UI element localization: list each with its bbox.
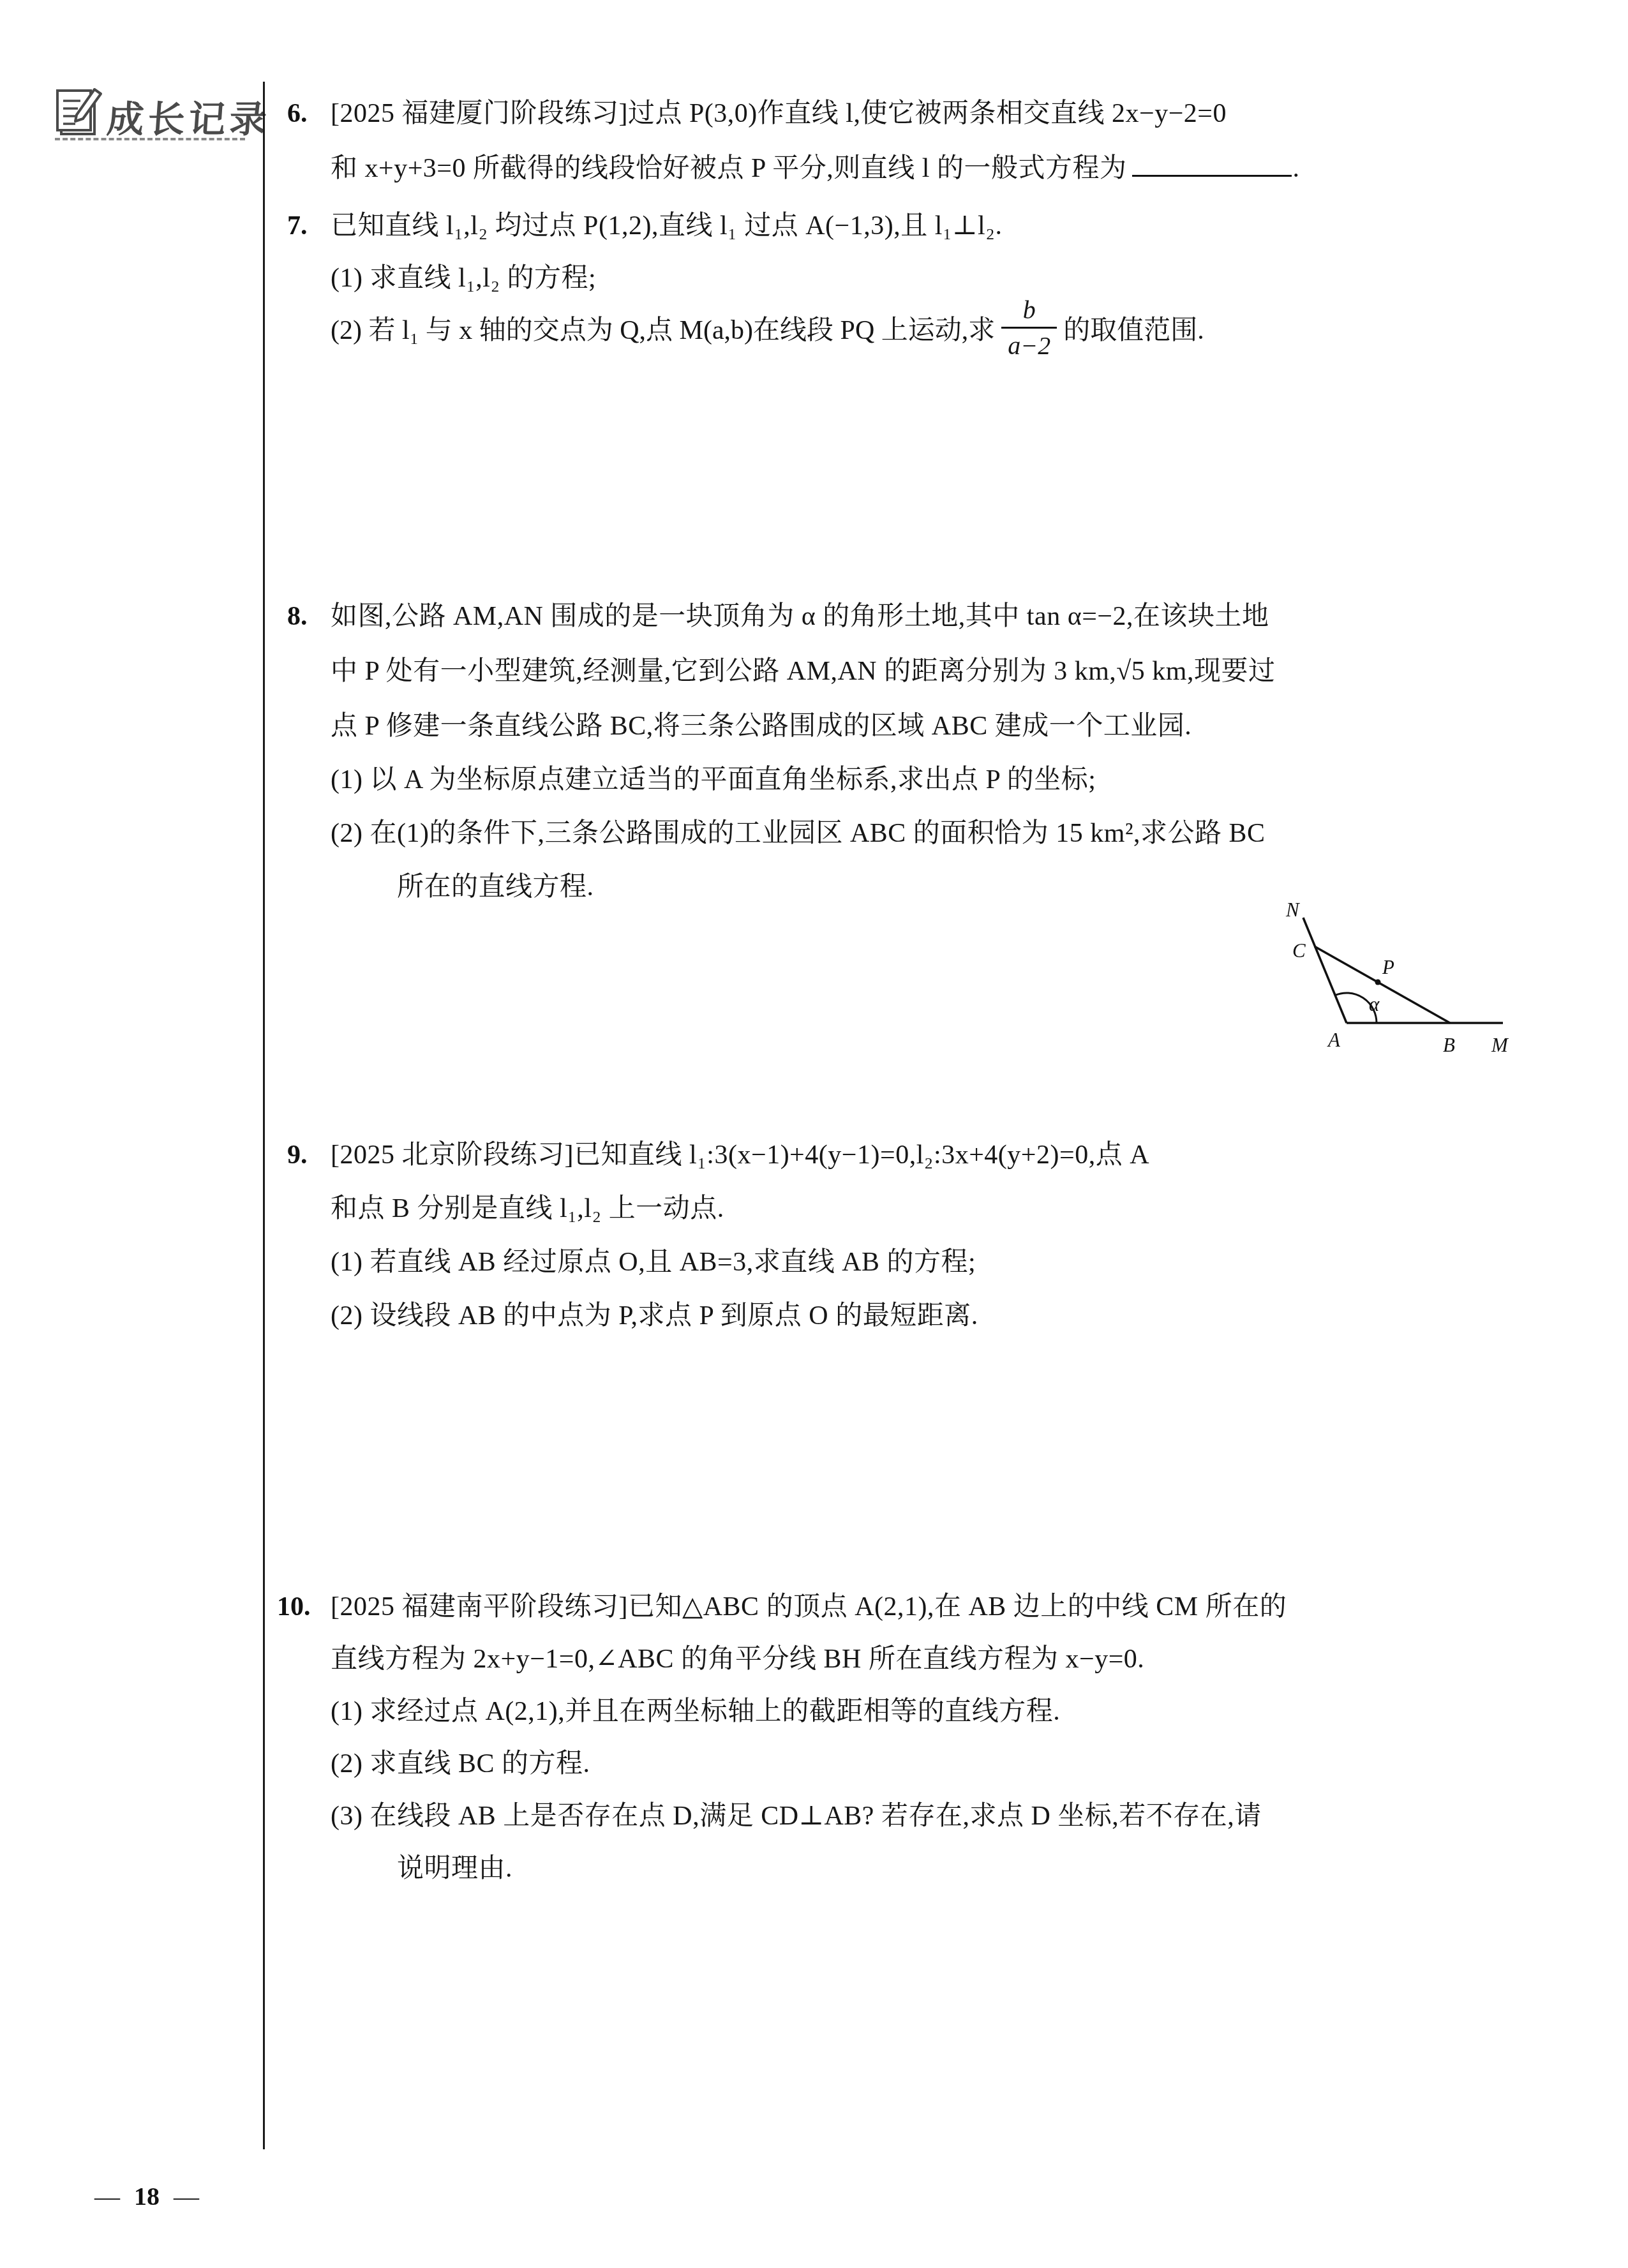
problem-9-number: 9. (287, 1137, 308, 1173)
problem-10-line-2: 直线方程为 2x+y−1=0,∠ABC 的角平分线 BH 所在直线方程为 x−y… (331, 1641, 1144, 1677)
label-A: A (1327, 1029, 1341, 1051)
footer-right-dash: — (174, 2182, 199, 2211)
answer-blank (1132, 170, 1292, 177)
problem-9-question-2: (2) 设线段 AB 的中点为 P,求点 P 到原点 O 的最短距离. (331, 1298, 978, 1334)
problem-10-question-2: (2) 求直线 BC 的方程. (331, 1746, 590, 1782)
label-P: P (1382, 956, 1394, 978)
notebook-pencil-icon (55, 86, 105, 142)
margin-divider-line (263, 82, 265, 2149)
problem-7-line-1: 已知直线 l₁,l₂ 均过点 P(1,2),直线 l₁ 过点 A(−1,3),且… (331, 208, 1002, 244)
problem-7-question-2-pre: (2) 若 l₁ 与 x 轴的交点为 Q,点 M(a,b)在线段 PQ 上运动,… (331, 309, 995, 347)
problem-6-line-2-text: 和 x+y+3=0 所截得的线段恰好被点 P 平分,则直线 l 的一般式方程为 (331, 154, 1127, 183)
problem-6-line-2-period: . (1293, 154, 1300, 183)
problem-8-number: 8. (287, 599, 308, 634)
problem-7-number: 7. (287, 208, 308, 244)
problem-6-line-1: [2025 福建厦门阶段练习]过点 P(3,0)作直线 l,使它被两条相交直线 … (331, 96, 1227, 131)
problem-10-question-3-line-1: (3) 在线段 AB 上是否存在点 D,满足 CD⊥AB? 若存在,求点 D 坐… (331, 1798, 1262, 1834)
problem-8-line-2: 中 P 处有一小型建筑,经测量,它到公路 AM,AN 的距离分别为 3 km,√… (331, 653, 1276, 689)
logo-title: 成长记录 (105, 89, 273, 143)
problem-8-line-1: 如图,公路 AM,AN 围成的是一块顶角为 α 的角形土地,其中 tan α=−… (331, 599, 1269, 634)
problem-9-line-1: [2025 北京阶段练习]已知直线 l₁:3(x−1)+4(y−1)=0,l₂:… (331, 1137, 1149, 1173)
problem-8-line-3: 点 P 修建一条直线公路 BC,将三条公路围成的区域 ABC 建成一个工业园. (331, 708, 1191, 744)
fraction-b-over-a-minus-2: b a−2 (1001, 295, 1057, 361)
problem-7-question-2-post: 的取值范围. (1063, 309, 1204, 347)
problem-10-number: 10. (277, 1589, 311, 1625)
footer-left-dash: — (94, 2182, 120, 2211)
page-number: 18 (134, 2182, 160, 2211)
label-N: N (1285, 899, 1301, 921)
problem-6-number: 6. (287, 96, 308, 131)
problem-7-question-2: (2) 若 l₁ 与 x 轴的交点为 Q,点 M(a,b)在线段 PQ 上运动,… (331, 288, 1204, 368)
logo-dashed-underline (55, 138, 245, 140)
problem-9-line-2: 和点 B 分别是直线 l₁,l₂ 上一动点. (331, 1191, 724, 1227)
problem-8-diagram: N C P α A B M (1267, 899, 1522, 1061)
point-P-dot (1375, 980, 1381, 985)
label-C: C (1292, 939, 1306, 962)
growth-record-logo: 成长记录 (55, 86, 246, 140)
page-footer: —18— (94, 2181, 199, 2211)
label-alpha: α (1369, 993, 1380, 1015)
problem-8-question-1: (1) 以 A 为坐标原点建立适当的平面直角坐标系,求出点 P 的坐标; (331, 762, 1096, 798)
fraction-denominator: a−2 (1001, 327, 1057, 361)
fraction-numerator: b (1019, 295, 1040, 327)
problem-8-question-2-line-1: (2) 在(1)的条件下,三条公路围成的工业园区 ABC 的面积恰为 15 km… (331, 816, 1266, 851)
problem-8-question-2-line-2: 所在的直线方程. (397, 869, 594, 905)
problem-10-line-1: [2025 福建南平阶段练习]已知△ABC 的顶点 A(2,1),在 AB 边上… (331, 1589, 1287, 1625)
label-B: B (1443, 1034, 1455, 1056)
label-M: M (1491, 1034, 1509, 1056)
problem-9-question-1: (1) 若直线 AB 经过原点 O,且 AB=3,求直线 AB 的方程; (331, 1244, 976, 1280)
problem-6-line-2: 和 x+y+3=0 所截得的线段恰好被点 P 平分,则直线 l 的一般式方程为. (331, 151, 1300, 186)
problem-10-question-3-line-2: 说明理由. (397, 1851, 512, 1886)
problem-10-question-1: (1) 求经过点 A(2,1),并且在两坐标轴上的截距相等的直线方程. (331, 1694, 1060, 1729)
ray-AN (1303, 918, 1347, 1023)
